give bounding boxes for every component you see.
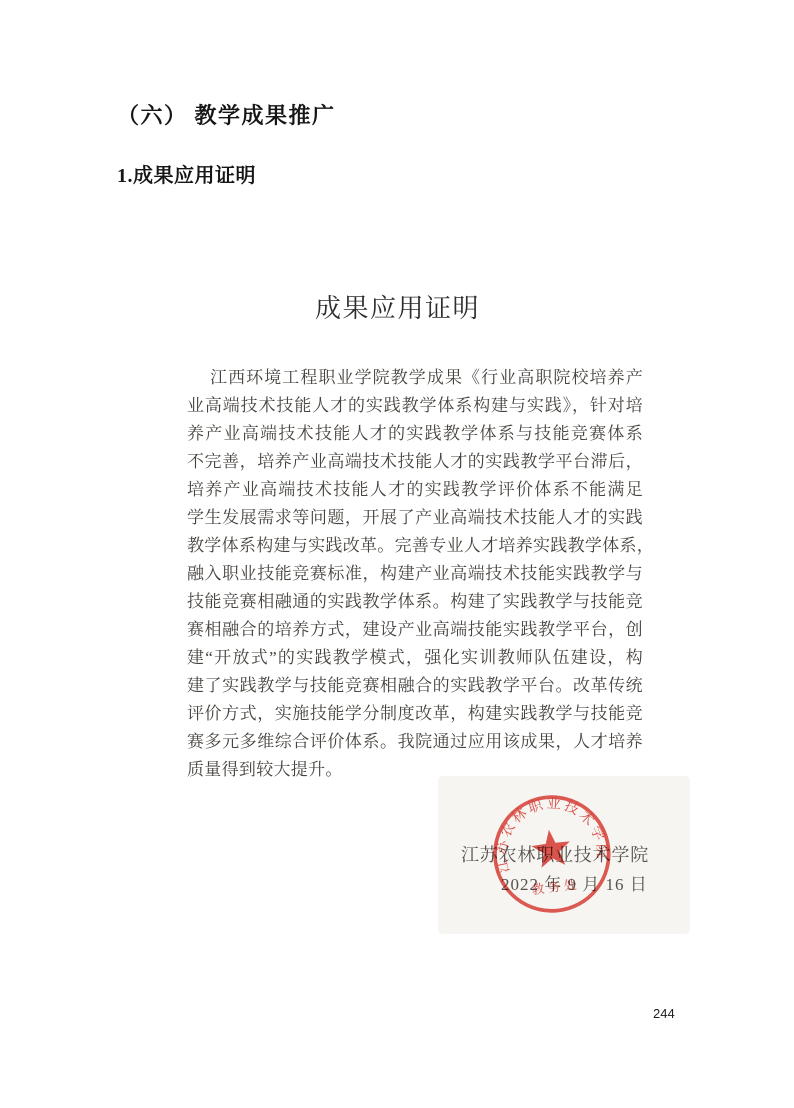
certificate-body-line: 江西环境工程职业学院教学成果《行业高职院校培养产 (187, 364, 643, 392)
certificate-body-line: 赛多元多维综合评价体系。我院通过应用该成果，人才培养 (187, 728, 643, 756)
certificate-body-line: 技能竞赛相融通的实践教学体系。构建了实践教学与技能竞 (187, 588, 643, 616)
page-number: 244 (653, 1006, 675, 1021)
certificate-body-line: 评价方式，实施技能学分制度改革，构建实践教学与技能竞 (187, 700, 643, 728)
certificate-body-line: 学生发展需求等问题，开展了产业高端技术技能人才的实践 (187, 504, 643, 532)
certificate-body-line: 业高端技术技能人才的实践教学体系构建与实践》，针对培 (187, 392, 643, 420)
seal-bottom-text: 教务处 (531, 876, 581, 897)
certificate-body-line: 赛相融合的培养方式，建设产业高端技能实践教学平台，创 (187, 616, 643, 644)
certificate-title: 成果应用证明 (315, 288, 480, 325)
section-heading: （六） 教学成果推广 (117, 99, 336, 130)
certificate-body: 江西环境工程职业学院教学成果《行业高职院校培养产 业高端技术技能人才的实践教学体… (187, 364, 643, 784)
certificate-body-line: 养产业高端技术技能人才的实践教学体系与技能竞赛体系 (187, 420, 643, 448)
certificate-body-line: 建了实践教学与技能竞赛相融合的实践教学平台。改革传统 (187, 672, 643, 700)
certificate-body-line: 不完善，培养产业高端技术技能人才的实践教学平台滞后， (187, 448, 643, 476)
star-icon (530, 827, 573, 868)
document-page: （六） 教学成果推广 1.成果应用证明 成果应用证明 江西环境工程职业学院教学成… (0, 0, 794, 1108)
certificate-body-line: 建“开放式”的实践教学模式，强化实训教师队伍建设，构 (187, 644, 643, 672)
certificate-body-line: 培养产业高端技术技能人才的实践教学评价体系不能满足 (187, 476, 643, 504)
certificate-body-line: 教学体系构建与实践改革。完善专业人才培养实践教学体系， (187, 532, 643, 560)
subsection-heading: 1.成果应用证明 (117, 159, 256, 188)
official-seal: 江苏农林职业技术学院 教务处 (478, 779, 626, 930)
certificate-body-line: 融入职业技能竞赛标准，构建产业高端技术技能实践教学与 (187, 560, 643, 588)
